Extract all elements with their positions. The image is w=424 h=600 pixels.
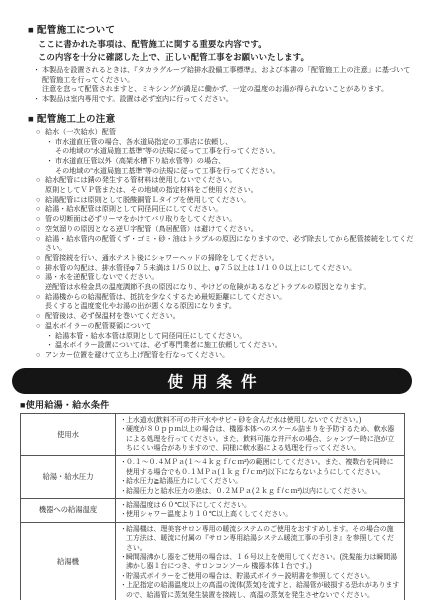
list-item: ○温水ボイラーの配管要領について bbox=[36, 322, 416, 332]
table-row: 機器への給湯温度・給湯温度は６０℃以下にしてください。・使用シャワー温度より１０… bbox=[21, 498, 405, 522]
list-item: ・本製品は室内専用です。設置は必ず室内に行ってください。 bbox=[33, 95, 416, 105]
circle-bullet-icon: ○ bbox=[36, 293, 45, 303]
condition-bullet: ・給湯機は、理美容サロン専用の暖流システムのご使用をおすすめします。その場合の施… bbox=[120, 525, 400, 553]
circle-bullet-icon: ○ bbox=[36, 176, 45, 186]
conditions-table-title: ■使用給湯・給水条件 bbox=[20, 398, 424, 411]
circle-bullet-icon: ○ bbox=[36, 196, 45, 206]
list-item: ○給水配管には錆の発生する管材料は使用しないでください。原則としてＶＰ管または、… bbox=[36, 176, 416, 195]
list-item-text: 給湯・給水配管は原則として同径同圧にしてください。 bbox=[45, 205, 416, 215]
circle-bullet-icon: ○ bbox=[36, 128, 45, 138]
list-item-text: 温水ボイラー設置については、必ず専門業者に施工依頼してください。 bbox=[55, 341, 416, 351]
list-item-text: 給水配管には錆の発生する管材料は使用しないでください。原則としてＶＰ管または、そ… bbox=[45, 176, 416, 195]
condition-bullet: ・上水道水(飲料不可の井戸水やサビ・砂を含んだ水は使用しないでください。) bbox=[120, 416, 400, 425]
condition-row-content: ・給湯温度は６０℃以下にしてください。・使用シャワー温度より１０℃以上高くしてく… bbox=[116, 498, 405, 522]
list-item-text: アンカー位置を避けて立ち上げ配管を行なってください。 bbox=[45, 351, 416, 361]
section-piping-construction: ■ 配管施工について ここに書かれた事項は、配管施工に関する重要な内容です。 こ… bbox=[0, 22, 424, 105]
top-margin bbox=[0, 0, 424, 22]
condition-row-content: ・上水道水(飲料不可の井戸水やサビ・砂を含んだ水は使用しないでください。)・硬度… bbox=[116, 413, 405, 456]
list-item-text: 配管接続を行い、通水テスト後にシャワーヘッドの掃除をしてください。 bbox=[45, 254, 416, 264]
condition-bullet-text: 使用シャワー温度より１０℃以上高くしてください。 bbox=[126, 510, 400, 519]
list-item: ・給湯本管・給水本管は原則として同径同圧にしてください。 bbox=[46, 332, 416, 342]
list-item: ・市水道直圧管の場合、各水道局指定の工事店に依頼し、その地域の“水道局施工基準”… bbox=[46, 138, 416, 157]
sub-item-list: ・給湯本管・給水本管は原則として同径同圧にしてください。・温水ボイラー設置につい… bbox=[36, 332, 416, 351]
condition-bullet-text: 上水道水(飲料不可の井戸水やサビ・砂を含んだ水は使用しないでください。) bbox=[126, 416, 400, 425]
sub-item-list: ・市水道直圧管の場合、各水道局指定の工事店に依頼し、その地域の“水道局施工基準”… bbox=[36, 138, 416, 177]
list-item-text: 本製品を設置されるときは、『タカラグループ給排水設備工事標準』、および本書の「配… bbox=[42, 66, 416, 95]
dot-bullet-icon: ・ bbox=[46, 138, 55, 148]
usage-conditions-table: 使用水・上水道水(飲料不可の井戸水やサビ・砂を含んだ水は使用しないでください。)… bbox=[20, 413, 405, 600]
condition-bullet: ・給水圧力≧給湯圧力にしてください。 bbox=[120, 477, 400, 486]
section2-title: ■ 配管施工上の注意 bbox=[28, 111, 416, 125]
dot-bullet-icon: ・ bbox=[46, 332, 55, 342]
list-item-text: 排水管の勾配は、排水管径φ７５未満は１/５０以上、φ７５以上は１/１００以上にし… bbox=[45, 264, 416, 274]
document-page: ■ 配管施工について ここに書かれた事項は、配管施工に関する重要な内容です。 こ… bbox=[0, 0, 424, 600]
condition-bullet: ・給湯圧力と給水圧力の差は、０.２ＭＰａ(２ｋｇｆ/ｃｍ²)以内にしてください。 bbox=[120, 487, 400, 496]
condition-bullet: ・使用シャワー温度より１０℃以上高くしてください。 bbox=[120, 510, 400, 519]
list-item-text: 配管後は、必ず保温材を巻いてください。 bbox=[45, 312, 416, 322]
circle-bullet-icon: ○ bbox=[36, 273, 45, 283]
condition-bullet-text: 上記指定の給湯温度以上の高温の流体(蒸気)を流すと、給湯管が破損する恐れがありま… bbox=[126, 581, 400, 600]
table-row: 給湯機・給湯機は、理美容サロン専用の暖流システムのご使用をおすすめします。その場… bbox=[21, 522, 405, 600]
list-item: ○配管接続を行い、通水テスト後にシャワーヘッドの掃除をしてください。 bbox=[36, 254, 416, 264]
condition-row-label: 使用水 bbox=[21, 413, 116, 456]
circle-bullet-icon: ○ bbox=[36, 215, 45, 225]
table-row: 使用水・上水道水(飲料不可の井戸水やサビ・砂を含んだ水は使用しないでください。)… bbox=[21, 413, 405, 456]
list-item: ・市水道直圧管以外（高架水槽下り給水管等）の場合、その地域の“水道局施工基準”等… bbox=[46, 157, 416, 176]
circle-bullet-icon: ○ bbox=[36, 205, 45, 215]
dot-bullet-icon: ・ bbox=[46, 157, 55, 167]
list-item: ○排水管の勾配は、排水管径φ７５未満は１/５０以上、φ７５以上は１/１００以上に… bbox=[36, 264, 416, 274]
condition-bullet: ・０.１〜０.４ＭＰａ(１〜４ｋｇｆ/ｃｍ²)の範囲にしてください。また、複数台… bbox=[120, 458, 400, 477]
section1-item-list: ・本製品を設置されるときは、『タカラグループ給排水設備工事標準』、および本書の「… bbox=[33, 66, 416, 105]
list-item: ○管の切断面は必ずリーマをかけてバリ取りをしてください。 bbox=[36, 215, 416, 225]
section1-lead-line-2: この内容を十分に確認した上で、正しい配管工事をお願いいたします。 bbox=[38, 51, 416, 63]
usage-conditions-banner-label: 使用条件 bbox=[167, 370, 265, 392]
condition-bullet-text: 給湯圧力と給水圧力の差は、０.２ＭＰａ(２ｋｇｆ/ｃｍ²)以内にしてください。 bbox=[126, 487, 400, 496]
list-item-text: 給湯配管には原則として脱酸銅管Ｌタイプを使用してください。 bbox=[45, 196, 416, 206]
dot-bullet-icon: ・ bbox=[33, 66, 42, 76]
condition-row-label: 給湯機 bbox=[21, 522, 116, 600]
section2-item-list: ○給水（一次給水）配管・市水道直圧管の場合、各水道局指定の工事店に依頼し、その地… bbox=[36, 128, 416, 361]
condition-bullet-text: ０.１〜０.４ＭＰａ(１〜４ｋｇｆ/ｃｍ²)の範囲にしてください。また、複数台を… bbox=[126, 458, 400, 477]
condition-bullet: ・給湯温度は６０℃以下にしてください。 bbox=[120, 501, 400, 510]
usage-conditions-banner: 使用条件 bbox=[12, 368, 412, 394]
list-item-text: 空気溜りの原因となる逆Ｕ字配管（鳥居配管）は避けてください。 bbox=[45, 225, 416, 235]
list-item: ○空気溜りの原因となる逆Ｕ字配管（鳥居配管）は避けてください。 bbox=[36, 225, 416, 235]
condition-bullet-text: 給湯機は、理美容サロン専用の暖流システムのご使用をおすすめします。その場合の施工… bbox=[126, 525, 400, 553]
condition-row-label: 給湯・給水圧力 bbox=[21, 456, 116, 499]
list-item: ○給湯・給水管内の配管くず・ゴミ・砂・油はトラブルの原因になりますので、必ず除去… bbox=[36, 235, 416, 254]
list-item: ○湯・水を逆配管しないでください。逆配管は水栓金具の温度調節不良の原因になり、や… bbox=[36, 273, 416, 292]
condition-bullet-text: 貯湯式ボイラーをご使用の場合は、貯湯式ボイラー説明書を参照してください。 bbox=[126, 572, 400, 581]
circle-bullet-icon: ○ bbox=[36, 312, 45, 322]
list-item-text: 市水道直圧管の場合、各水道局指定の工事店に依頼し、その地域の“水道局施工基準”等… bbox=[55, 138, 416, 157]
dot-bullet-icon: ・ bbox=[33, 95, 42, 105]
list-item-text: 給湯本管・給水本管は原則として同径同圧にしてください。 bbox=[55, 332, 416, 342]
condition-bullet: ・硬度が８０ｐｐｍ以上の場合は、機器本体へのスケール詰まりを予防するため、軟水器… bbox=[120, 425, 400, 453]
list-item-text: 給湯・給水管内の配管くず・ゴミ・砂・油はトラブルの原因になりますので、必ず除去し… bbox=[45, 235, 416, 254]
condition-bullet-text: 瞬間湯沸かし器をご使用の場合は、１６号以上を使用してください。(洗髪能力は瞬間湯… bbox=[126, 553, 400, 572]
condition-row-content: ・０.１〜０.４ＭＰａ(１〜４ｋｇｆ/ｃｍ²)の範囲にしてください。また、複数台… bbox=[116, 456, 405, 499]
list-item: ○配管後は、必ず保温材を巻いてください。 bbox=[36, 312, 416, 322]
circle-bullet-icon: ○ bbox=[36, 264, 45, 274]
list-item-text: 湯・水を逆配管しないでください。逆配管は水栓金具の温度調節不良の原因になり、やけ… bbox=[45, 273, 416, 292]
list-item: ○給湯配管には原則として脱酸銅管Ｌタイプを使用してください。 bbox=[36, 196, 416, 206]
condition-bullet: ・瞬間湯沸かし器をご使用の場合は、１６号以上を使用してください。(洗髪能力は瞬間… bbox=[120, 553, 400, 572]
condition-row-label: 機器への給湯温度 bbox=[21, 498, 116, 522]
condition-bullet: ・上記指定の給湯温度以上の高温の流体(蒸気)を流すと、給湯管が破損する恐れがあり… bbox=[120, 581, 400, 600]
circle-bullet-icon: ○ bbox=[36, 235, 45, 245]
condition-bullet-text: 硬度が８０ｐｐｍ以上の場合は、機器本体へのスケール詰まりを予防するため、軟水器に… bbox=[126, 425, 400, 453]
list-item-text: 市水道直圧管以外（高架水槽下り給水管等）の場合、その地域の“水道局施工基準”等の… bbox=[55, 157, 416, 176]
section1-title: ■ 配管施工について bbox=[28, 22, 416, 36]
condition-bullet-text: 給湯温度は６０℃以下にしてください。 bbox=[126, 501, 400, 510]
list-item-text: 温水ボイラーの配管要領について bbox=[45, 322, 416, 332]
list-item: ○給湯・給水配管は原則として同径同圧にしてください。 bbox=[36, 205, 416, 215]
section-piping-cautions: ■ 配管施工上の注意 ○給水（一次給水）配管・市水道直圧管の場合、各水道局指定の… bbox=[0, 111, 424, 361]
section1-lead-line-1: ここに書かれた事項は、配管施工に関する重要な内容です。 bbox=[38, 38, 416, 50]
dot-bullet-icon: ・ bbox=[46, 341, 55, 351]
list-item-text: 給湯機からの給湯配管は、抵抗を少なくするため最短距離にしてください。長くすると温… bbox=[45, 293, 416, 312]
condition-row-content: ・給湯機は、理美容サロン専用の暖流システムのご使用をおすすめします。その場合の施… bbox=[116, 522, 405, 600]
circle-bullet-icon: ○ bbox=[36, 254, 45, 264]
circle-bullet-icon: ○ bbox=[36, 322, 45, 332]
list-item: ○アンカー位置を避けて立ち上げ配管を行なってください。 bbox=[36, 351, 416, 361]
circle-bullet-icon: ○ bbox=[36, 225, 45, 235]
list-item-text: 本製品は室内専用です。設置は必ず室内に行ってください。 bbox=[42, 95, 416, 105]
list-item-text: 管の切断面は必ずリーマをかけてバリ取りをしてください。 bbox=[45, 215, 416, 225]
list-item: ・温水ボイラー設置については、必ず専門業者に施工依頼してください。 bbox=[46, 341, 416, 351]
condition-bullet-text: 給水圧力≧給湯圧力にしてください。 bbox=[126, 477, 400, 486]
circle-bullet-icon: ○ bbox=[36, 351, 45, 361]
list-item: ○給湯機からの給湯配管は、抵抗を少なくするため最短距離にしてください。長くすると… bbox=[36, 293, 416, 312]
list-item: ○給水（一次給水）配管 bbox=[36, 128, 416, 138]
table-row: 給湯・給水圧力・０.１〜０.４ＭＰａ(１〜４ｋｇｆ/ｃｍ²)の範囲にしてください… bbox=[21, 456, 405, 499]
list-item-text: 給水（一次給水）配管 bbox=[45, 128, 416, 138]
condition-bullet: ・貯湯式ボイラーをご使用の場合は、貯湯式ボイラー説明書を参照してください。 bbox=[120, 572, 400, 581]
list-item: ・本製品を設置されるときは、『タカラグループ給排水設備工事標準』、および本書の「… bbox=[33, 66, 416, 95]
